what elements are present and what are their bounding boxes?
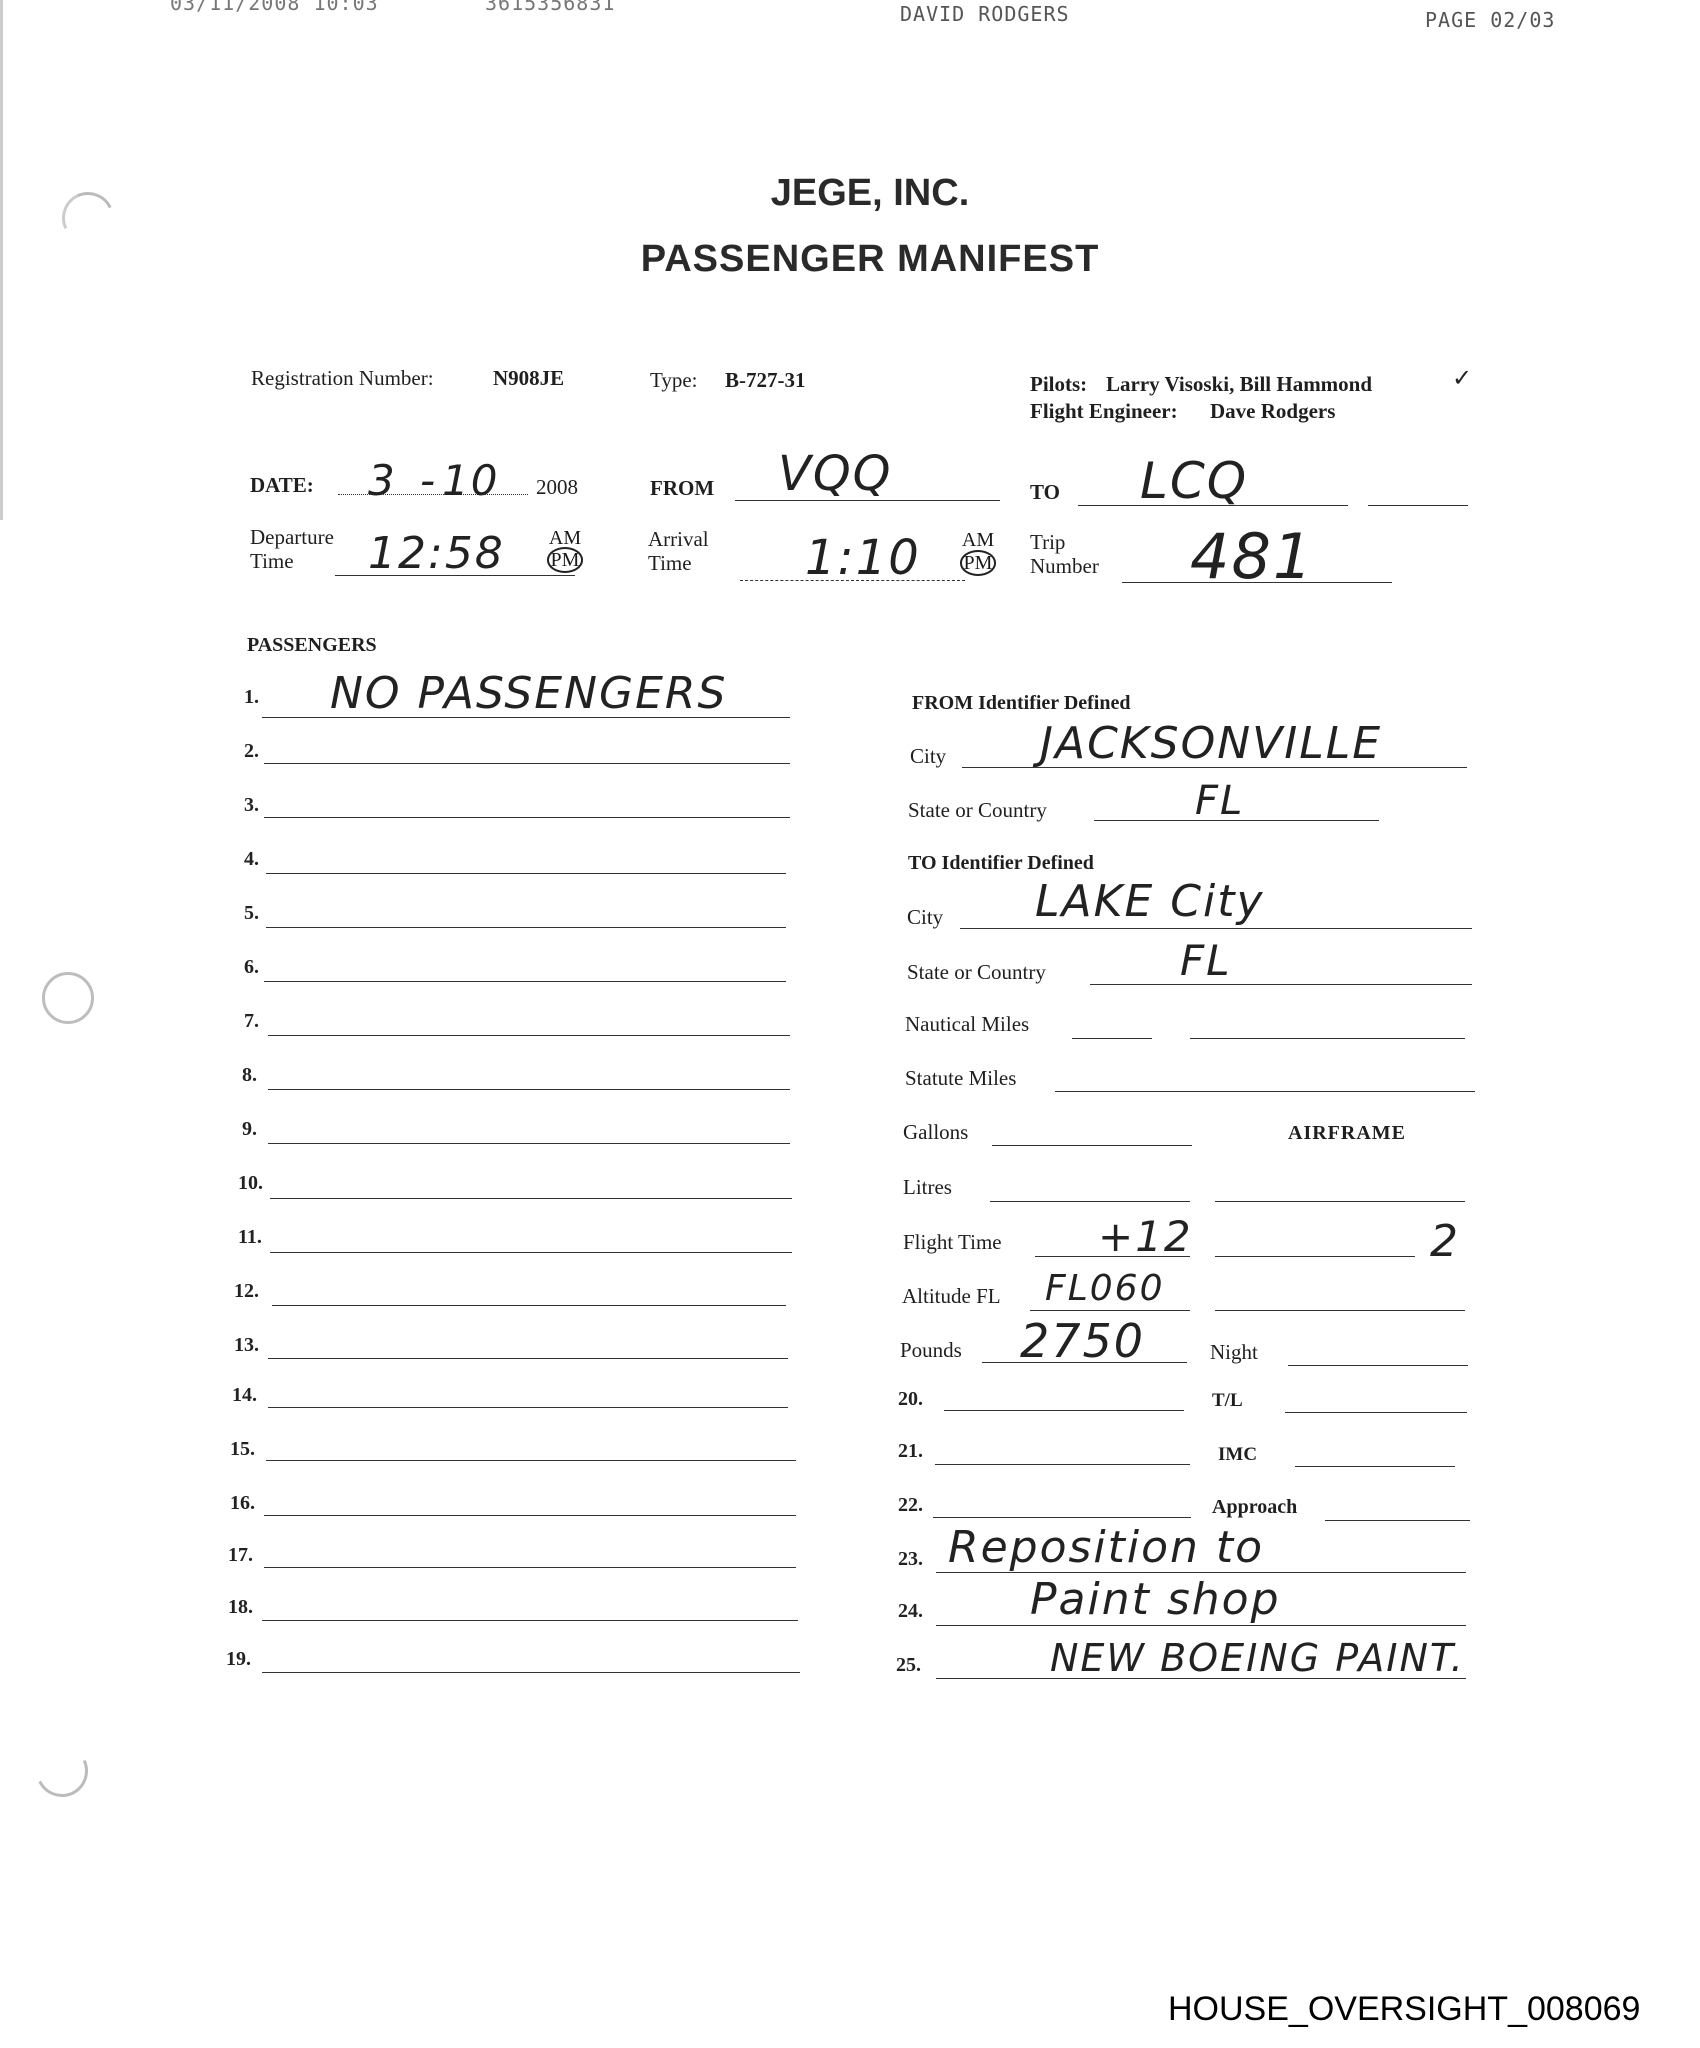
tl-line[interactable] xyxy=(1285,1412,1467,1413)
passenger-row-line[interactable] xyxy=(268,1358,788,1359)
to-value[interactable]: LCQ xyxy=(1140,452,1248,510)
from-state-value[interactable]: FL xyxy=(1195,778,1244,824)
from-city-label: City xyxy=(910,744,946,769)
to-city-value[interactable]: LAKE City xyxy=(1035,876,1265,927)
trip-number-label: Trip Number xyxy=(1030,530,1099,578)
row-22-line[interactable] xyxy=(933,1517,1191,1518)
row-24-line xyxy=(936,1625,1466,1626)
nautical-miles-line-2[interactable] xyxy=(1190,1038,1465,1039)
row-20-line[interactable] xyxy=(944,1410,1184,1411)
passenger-row-line[interactable] xyxy=(268,1089,790,1090)
passenger-row-number: 7. xyxy=(244,1010,259,1033)
type-value: B-727-31 xyxy=(725,368,806,393)
passenger-row-number: 14. xyxy=(232,1384,257,1407)
arrival-pm-circled: PM xyxy=(960,550,997,576)
to-state-value[interactable]: FL xyxy=(1180,936,1232,985)
date-separator: - xyxy=(420,456,437,505)
passenger-row-line[interactable] xyxy=(270,1198,792,1199)
type-label: Type: xyxy=(650,368,698,393)
statute-miles-line[interactable] xyxy=(1055,1091,1475,1092)
row-21-number: 21. xyxy=(898,1440,923,1463)
passenger-row-line[interactable] xyxy=(262,1672,800,1673)
registration-value: N908JE xyxy=(493,366,564,391)
nautical-miles-label: Nautical Miles xyxy=(905,1012,1029,1037)
passenger-row-line[interactable] xyxy=(264,1515,796,1516)
night-label: Night xyxy=(1210,1340,1258,1365)
to-city-label: City xyxy=(907,905,943,930)
pounds-value[interactable]: 2750 xyxy=(1020,1314,1145,1368)
document-title: PASSENGER MANIFEST xyxy=(0,238,1700,281)
row-24-value[interactable]: Paint shop xyxy=(1030,1574,1281,1625)
engineer-label: Flight Engineer: xyxy=(1030,399,1178,424)
pounds-label: Pounds xyxy=(900,1338,962,1363)
row-25-value[interactable]: NEW BOEING PAINT. xyxy=(1050,1636,1465,1680)
litres-line[interactable] xyxy=(990,1201,1190,1202)
passenger-row-number: 18. xyxy=(228,1596,253,1619)
date-day[interactable]: 10 xyxy=(442,456,499,505)
passenger-row-number: 19. xyxy=(226,1648,251,1671)
passenger-row-number: 10. xyxy=(238,1172,263,1195)
date-year: 2008 xyxy=(536,475,578,500)
imc-line[interactable] xyxy=(1295,1466,1455,1467)
departure-am[interactable]: AM xyxy=(542,528,588,548)
passenger-row-line[interactable] xyxy=(272,1305,786,1306)
date-label: DATE: xyxy=(250,473,314,498)
fax-header-datetime: 03/11/2008 10:03 xyxy=(170,0,379,15)
arrival-time-value[interactable]: 1:10 xyxy=(805,530,921,586)
to-identifier-heading: TO Identifier Defined xyxy=(908,852,1094,875)
nautical-miles-line-1[interactable] xyxy=(1072,1038,1152,1039)
passenger-row-number: 1. xyxy=(244,686,259,709)
from-identifier-heading: FROM Identifier Defined xyxy=(912,692,1131,715)
pilots-value: Larry Visoski, Bill Hammond xyxy=(1106,372,1372,397)
arrival-label-line2: Time xyxy=(648,551,709,575)
row-23-number: 23. xyxy=(898,1548,923,1571)
passenger-row-number: 13. xyxy=(234,1334,259,1357)
arrival-label: Arrival Time xyxy=(648,527,709,575)
arrival-pm-option[interactable]: PM xyxy=(955,553,1001,573)
trip-label-line2: Number xyxy=(1030,554,1099,578)
gallons-line[interactable] xyxy=(992,1145,1192,1146)
passenger-row-number: 8. xyxy=(242,1064,257,1087)
passenger-row-number: 17. xyxy=(228,1544,253,1567)
airframe-flight-time-value[interactable]: 2 xyxy=(1430,1216,1460,1267)
flight-time-value[interactable]: +12 xyxy=(1098,1212,1193,1261)
passenger-row-line[interactable] xyxy=(268,1407,788,1408)
trip-label-line1: Trip xyxy=(1030,530,1099,554)
to-state-line xyxy=(1090,984,1472,985)
passengers-heading: PASSENGERS xyxy=(247,634,377,657)
passenger-row-number: 11. xyxy=(238,1226,262,1249)
passenger-row-line[interactable] xyxy=(264,981,786,982)
from-state-label: State or Country xyxy=(908,798,1047,823)
company-name: JEGE, INC. xyxy=(0,172,1700,215)
imc-label: IMC xyxy=(1218,1444,1257,1466)
passenger-row-number: 3. xyxy=(244,794,259,817)
night-line[interactable] xyxy=(1288,1365,1468,1366)
passenger-row-value[interactable]: NO PASSENGERS xyxy=(330,668,727,719)
departure-pm-option[interactable]: PM xyxy=(542,550,588,570)
gallons-label: Gallons xyxy=(903,1120,968,1145)
hole-punch-middle xyxy=(42,972,94,1024)
departure-label-line1: Departure xyxy=(250,525,334,549)
passenger-row-line[interactable] xyxy=(264,1567,796,1568)
from-value[interactable]: VQQ xyxy=(778,446,892,502)
arrival-am[interactable]: AM xyxy=(955,530,1001,550)
to-state-label: State or Country xyxy=(907,960,1046,985)
arrival-label-line1: Arrival xyxy=(648,527,709,551)
passenger-row-number: 12. xyxy=(234,1280,259,1303)
litres-label: Litres xyxy=(903,1175,952,1200)
passenger-row-line[interactable] xyxy=(268,1143,790,1144)
row-20-number: 20. xyxy=(898,1388,923,1411)
airframe-altitude-line[interactable] xyxy=(1215,1310,1465,1311)
passenger-row-line[interactable] xyxy=(264,817,790,818)
from-city-value[interactable]: JACKSONVILLE xyxy=(1040,718,1382,769)
airframe-flight-time-line xyxy=(1215,1256,1415,1257)
date-month[interactable]: 3 xyxy=(368,456,397,505)
departure-pm-circled: PM xyxy=(547,547,584,573)
flight-time-label: Flight Time xyxy=(903,1230,1002,1255)
row-22-number: 22. xyxy=(898,1494,923,1517)
departure-time-value[interactable]: 12:58 xyxy=(368,528,505,579)
passenger-row-number: 4. xyxy=(244,848,259,871)
altitude-value[interactable]: FL060 xyxy=(1045,1268,1164,1309)
checkmark-icon: ✓ xyxy=(1452,364,1474,392)
passenger-row-line[interactable] xyxy=(266,873,786,874)
to-line-extension xyxy=(1368,505,1468,506)
statute-miles-label: Statute Miles xyxy=(905,1066,1016,1091)
departure-label-line2: Time xyxy=(250,549,334,573)
passenger-row-line[interactable] xyxy=(266,927,786,928)
passenger-row-line[interactable] xyxy=(268,1035,790,1036)
passenger-row-number: 15. xyxy=(230,1438,255,1461)
passenger-row-number: 9. xyxy=(242,1118,257,1141)
passenger-row-number: 16. xyxy=(230,1492,255,1515)
registration-label: Registration Number: xyxy=(251,366,434,391)
altitude-label: Altitude FL xyxy=(902,1284,1001,1309)
passenger-row-line[interactable] xyxy=(264,763,790,764)
approach-line[interactable] xyxy=(1325,1520,1470,1521)
from-label: FROM xyxy=(650,476,714,501)
fax-header-sender: DAVID RODGERS xyxy=(900,2,1070,26)
passenger-row-number: 6. xyxy=(244,956,259,979)
approach-label: Approach xyxy=(1212,1496,1297,1519)
passenger-row-number: 5. xyxy=(244,902,259,925)
bates-stamp: HOUSE_OVERSIGHT_008069 xyxy=(1168,1990,1640,2029)
row-25-number: 25. xyxy=(896,1654,921,1677)
passenger-row-line[interactable] xyxy=(270,1252,792,1253)
passenger-row-number: 2. xyxy=(244,740,259,763)
fax-header-page: PAGE 02/03 xyxy=(1425,8,1555,32)
altitude-line xyxy=(1030,1310,1190,1311)
airframe-heading: AIRFRAME xyxy=(1288,1122,1406,1145)
passenger-row-line[interactable] xyxy=(266,1460,796,1461)
passenger-row-line[interactable] xyxy=(262,1620,798,1621)
engineer-value: Dave Rodgers xyxy=(1210,399,1335,424)
departure-label: Departure Time xyxy=(250,525,334,573)
row-21-line[interactable] xyxy=(935,1464,1190,1465)
tl-label: T/L xyxy=(1212,1390,1243,1412)
hole-punch-bottom xyxy=(29,1738,96,1805)
fax-header-number: 3615356831 xyxy=(485,0,615,15)
airframe-litres-line[interactable] xyxy=(1215,1201,1465,1202)
row-24-number: 24. xyxy=(898,1600,923,1623)
to-label: TO xyxy=(1030,480,1060,505)
to-city-line xyxy=(960,928,1472,929)
trip-number-value[interactable]: 481 xyxy=(1190,520,1314,593)
row-23-value[interactable]: Reposition to xyxy=(948,1522,1264,1573)
pilots-label: Pilots: xyxy=(1030,372,1087,397)
